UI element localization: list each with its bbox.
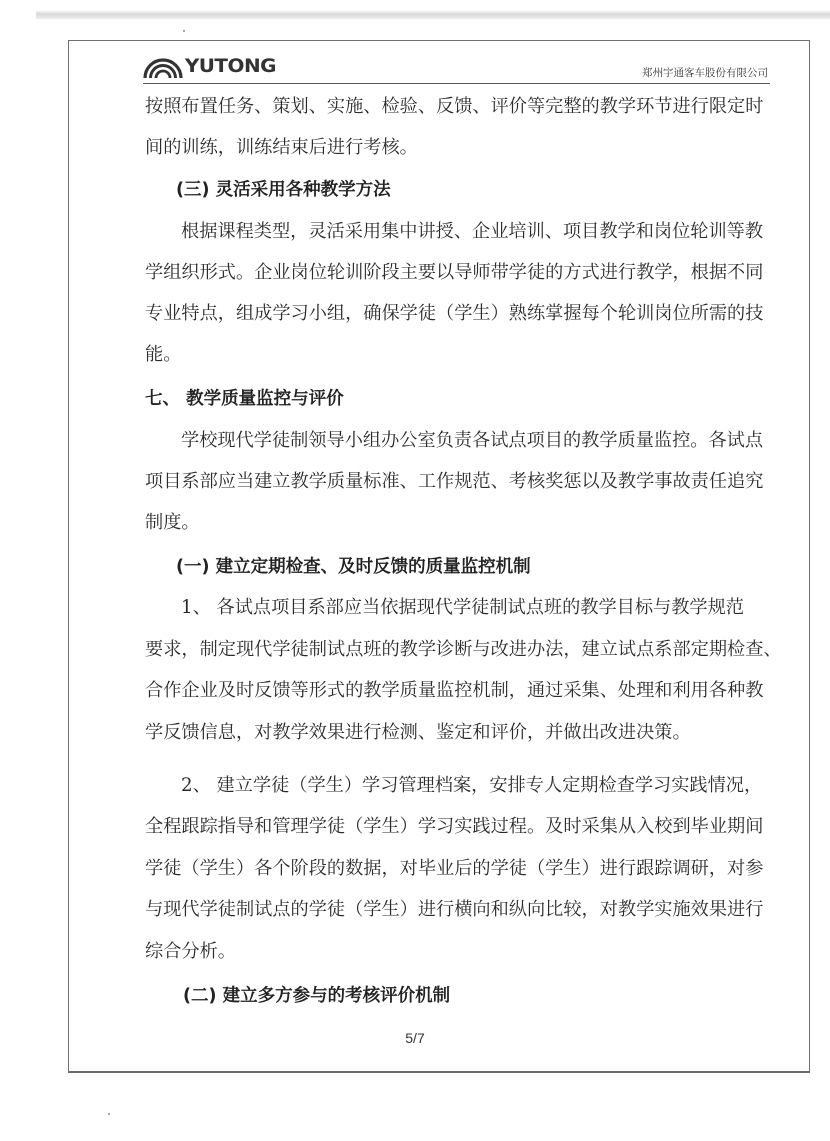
scan-edge-shadow: [36, 11, 830, 19]
paragraph-line: 2、 建立学徒（学生）学习管理档案，安排专人定期检查学习实践情况，: [181, 774, 762, 798]
paragraph-line: 能。: [145, 343, 181, 367]
page-number: 5/7: [0, 1030, 830, 1046]
paragraph-line: 项目系部应当建立教学质量标准、工作规范、考核奖惩以及教学事故责任追究: [145, 470, 763, 494]
paragraph-line: 制度。: [145, 511, 200, 535]
yutong-logo: YUTONG: [143, 54, 274, 78]
section-heading: (一) 建立定期检查、及时反馈的质量监控机制: [176, 555, 531, 579]
section-heading: 七、 教学质量监控与评价: [145, 387, 344, 411]
paragraph-line: 根据课程类型，灵活采用集中讲授、企业培训、项目教学和岗位轮训等教: [181, 220, 763, 244]
paragraph-line: 学校现代学徒制领导小组办公室负责各试点项目的教学质量监控。各试点: [181, 429, 763, 453]
paragraph-line: 全程跟踪指导和管理学徒（学生）学习实践过程。及时采集从入校到毕业期间: [145, 815, 763, 839]
page-header: YUTONG 郑州宇通客车股份有限公司: [143, 52, 770, 84]
company-name: 郑州宇通客车股份有限公司: [642, 65, 768, 80]
paragraph-line: 间的训练，训练结束后进行考核。: [145, 136, 418, 160]
paragraph-line: 学组织形式。企业岗位轮训阶段主要以导师带学徒的方式进行教学，根据不同: [145, 261, 763, 285]
paragraph-line: 与现代学徒制试点的学徒（学生）进行横向和纵向比较，对教学实施效果进行: [145, 898, 763, 922]
scan-speck: [183, 30, 185, 32]
scan-speck: [108, 1113, 110, 1115]
paragraph-line: 专业特点，组成学习小组，确保学徒（学生）熟练掌握每个轮训岗位所需的技: [145, 302, 763, 326]
paragraph-line: 综合分析。: [145, 940, 236, 964]
section-heading: (三) 灵活采用各种教学方法: [176, 178, 391, 202]
paragraph-line: 合作企业及时反馈等形式的教学质量监控机制，通过采集、处理和利用各种教: [145, 679, 763, 703]
paragraph-line: 学反馈信息，对教学效果进行检测、鉴定和评价，并做出改进决策。: [145, 721, 691, 745]
paragraph-line: 学徒（学生）各个阶段的数据，对毕业后的学徒（学生）进行跟踪调研，对参: [145, 857, 763, 881]
yutong-arc-logo-icon: [143, 54, 183, 78]
paragraph-line: 1、 各试点项目系部应当依据现代学徒制试点班的教学目标与教学规范: [181, 596, 744, 620]
section-heading: (二) 建立多方参与的考核评价机制: [183, 984, 450, 1008]
paragraph-line: 要求，制定现代学徒制试点班的教学诊断与改进办法，建立试点系部定期检查、: [145, 638, 782, 662]
paragraph-line: 按照布置任务、策划、实施、检验、反馈、评价等完整的教学环节进行限定时: [145, 95, 763, 119]
logo-wordmark: YUTONG: [185, 55, 276, 77]
